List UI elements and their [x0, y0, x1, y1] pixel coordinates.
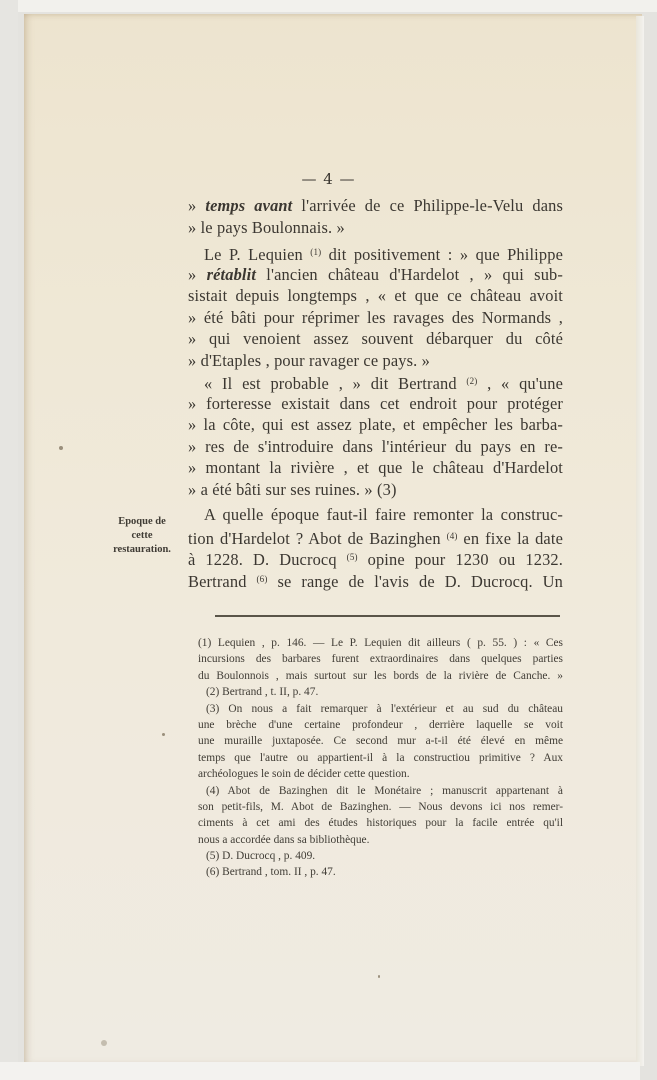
emphasis-text: temps avant [205, 196, 292, 215]
text-segment: dit positivement : » que Philippe [321, 245, 563, 264]
text-segment: » [188, 265, 207, 284]
footnote-ref: (6) [257, 574, 268, 584]
margin-note-line: restauration. [104, 543, 180, 557]
text-line: » temps avant l'arrivée de ce Philippe-l… [188, 195, 563, 217]
footnote-line: (3) On nous a fait remarquer à l'extérie… [198, 701, 563, 717]
text-segment: se range de l'avis de D. Ducrocq. Un [267, 572, 563, 591]
text-segment: l'ancien château d'Hardelot , » qui sub- [256, 265, 563, 284]
text-line: sistait depuis longtemps , « et que ce c… [188, 285, 563, 307]
text-segment: sistait depuis longtemps , « et que ce c… [188, 286, 563, 305]
footnote-line: nous a accordée dans sa bibliothèque. [198, 832, 563, 848]
footnotes: (1) Lequien , p. 146. — Le P. Lequien di… [198, 635, 563, 881]
text-line: » rétablit l'ancien château d'Hardelot ,… [188, 264, 563, 286]
paper-speck [101, 1040, 107, 1046]
margin-note: Epoque decetterestauration. [104, 515, 180, 557]
main-text: » temps avant l'arrivée de ce Philippe-l… [188, 195, 563, 590]
footnote-line: (1) Lequien , p. 146. — Le P. Lequien di… [198, 635, 563, 651]
scan-margin-bottom [0, 1062, 640, 1080]
text-segment: » la côte, qui est assez plate, et empêc… [188, 415, 563, 434]
text-segment: à 1228. D. Ducrocq [188, 550, 347, 569]
text-line: » montant la rivière , et que le château… [188, 457, 563, 479]
text-segment: tion d'Hardelot ? Abot de Bazinghen [188, 529, 447, 548]
text-segment: » qui venoient assez souvent débarquer d… [188, 329, 563, 348]
text-segment: , « qu'une [477, 374, 563, 393]
footnote-line: incursions des barbares furent extraordi… [198, 651, 563, 667]
footnote-line: une brèche d'une certaine profondeur , d… [198, 717, 563, 733]
text-segment: » a été bâti sur ses ruines. » (3) [188, 480, 397, 499]
footnote-divider [215, 615, 560, 617]
paper-speck [378, 975, 380, 978]
text-line: à 1228. D. Ducrocq (5) opine pour 1230 o… [188, 547, 563, 569]
text-line: » la côte, qui est assez plate, et empêc… [188, 414, 563, 436]
text-segment: A quelle époque faut-il faire remonter l… [204, 505, 563, 524]
emphasis-text: rétablit [207, 265, 256, 284]
footnote-ref: (5) [347, 552, 358, 562]
text-segment: » le pays Boulonnais. » [188, 218, 345, 237]
text-line: » été bâti pour réprimer les ravages des… [188, 307, 563, 329]
footnote-line: du Boulonnois , mais surtout sur les bor… [198, 668, 563, 684]
margin-note-line: cette [104, 529, 180, 543]
scan-margin-left [0, 0, 18, 1080]
text-segment: en fixe la date [458, 529, 563, 548]
text-segment: opine pour 1230 ou 1232. [358, 550, 563, 569]
text-line: » forteresse existait dans cet endroit p… [188, 393, 563, 415]
footnote-ref: (2) [466, 376, 477, 386]
page-number: — 4 — [0, 170, 657, 188]
text-line: » a été bâti sur ses ruines. » (3) [188, 479, 563, 501]
paper-speck [162, 733, 165, 736]
text-segment: » res de s'introduire dans l'intérieur d… [188, 437, 563, 456]
text-line: » d'Etaples , pour ravager ce pays. » [188, 350, 563, 372]
text-segment: Bertrand [188, 572, 257, 591]
text-line: » res de s'introduire dans l'intérieur d… [188, 436, 563, 458]
footnote-line: (4) Abot de Bazinghen dit le Monétaire ;… [198, 783, 563, 799]
text-line: Le P. Lequien (1) dit positivement : » q… [188, 242, 563, 264]
text-segment: » forteresse existait dans cet endroit p… [188, 394, 563, 413]
text-line: A quelle époque faut-il faire remonter l… [188, 504, 563, 526]
text-segment: » [188, 196, 205, 215]
text-segment: « Il est probable , » dit Bertrand [204, 374, 466, 393]
footnote-ref: (1) [310, 247, 321, 257]
text-segment: Le P. Lequien [204, 245, 310, 264]
footnote-line: archéologues le soin de décider cette qu… [198, 766, 563, 782]
text-segment: l'arrivée de ce Philippe-le-Velu dans [292, 196, 563, 215]
footnote-line: temps que l'autre ou appartient-il à la … [198, 750, 563, 766]
footnote-line: son petit-fils, M. Abot de Bazinghen. — … [198, 799, 563, 815]
footnote-line: une muraille juxtaposée. Ce second mur a… [198, 733, 563, 749]
text-segment: » d'Etaples , pour ravager ce pays. » [188, 351, 430, 370]
scan-margin-top [18, 0, 657, 12]
footnote-line: (2) Bertrand , t. II, p. 47. [198, 684, 563, 700]
footnote-line: (6) Bertrand , tom. II , p. 47. [198, 864, 563, 880]
text-segment: » montant la rivière , et que le château… [188, 458, 563, 477]
footnote-line: ciments à cet ami des études historiques… [198, 815, 563, 831]
text-line: » qui venoient assez souvent débarquer d… [188, 328, 563, 350]
text-line: tion d'Hardelot ? Abot de Bazinghen (4) … [188, 526, 563, 548]
text-line: « Il est probable , » dit Bertrand (2) ,… [188, 371, 563, 393]
text-line: Bertrand (6) se range de l'avis de D. Du… [188, 569, 563, 591]
margin-note-line: Epoque de [104, 515, 180, 529]
paper-speck [59, 446, 63, 450]
text-line: » le pays Boulonnais. » [188, 217, 563, 239]
footnote-line: (5) D. Ducrocq , p. 409. [198, 848, 563, 864]
footnote-ref: (4) [447, 531, 458, 541]
text-segment: » été bâti pour réprimer les ravages des… [188, 308, 563, 327]
